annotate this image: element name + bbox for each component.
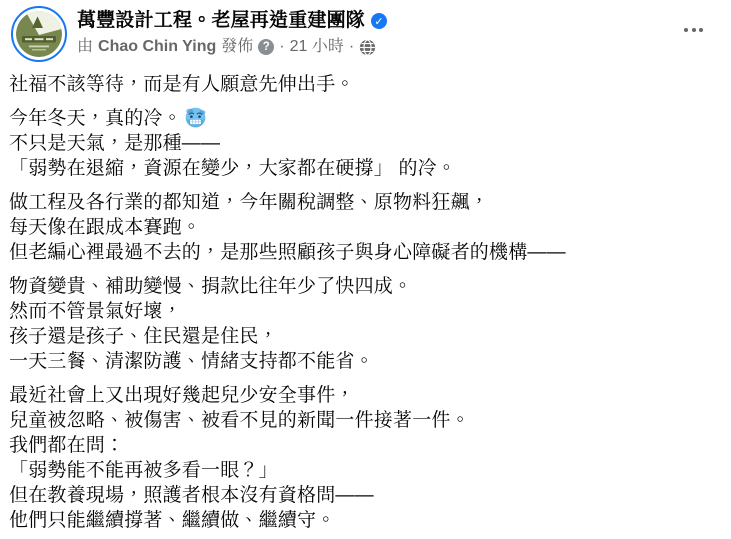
author-link[interactable]: Chao Chin Ying (98, 37, 216, 57)
verified-badge-icon: ✓ (371, 13, 387, 29)
post-paragraph: 最近社會上又出現好幾起兒少安全事件，兒童被忽略、被傷害、被看不見的新聞一件接著一… (9, 383, 721, 533)
dot (692, 28, 696, 32)
separator-dot: · (279, 37, 284, 57)
post-line: 兒童被忽略、被傷害、被看不見的新聞一件接著一件。 (9, 408, 721, 433)
more-options-button[interactable] (678, 20, 709, 40)
cold-face-emoji (185, 107, 206, 128)
post-line: 物資變貴、補助變慢、捐款比往年少了快四成。 (9, 274, 721, 299)
dot (684, 28, 688, 32)
post-line-text: 孩子還是孩子、住民還是住民， (9, 326, 278, 347)
post-line-text: 兒童被忽略、被傷害、被看不見的新聞一件接著一件。 (9, 410, 470, 431)
globe-privacy-icon (359, 39, 376, 56)
byline-prefix: 由 (77, 37, 93, 57)
post-line-text: 最近社會上又出現好幾起兒少安全事件， (9, 385, 355, 406)
post-line-text: 社福不該等待，而是有人願意先伸出手。 (9, 74, 355, 95)
post-line-text: 但在教養現場，照護者根本沒有資格問—— (9, 485, 374, 506)
timestamp-link[interactable]: 21 小時 (290, 37, 344, 57)
post-line: 做工程及各行業的都知道，今年關稅調整、原物料狂飆， (9, 190, 721, 215)
post-paragraph: 做工程及各行業的都知道，今年關稅調整、原物料狂飆，每天像在跟成本賽跑。但老編心裡… (9, 190, 721, 265)
post-line-text: 做工程及各行業的都知道，今年關稅調整、原物料狂飆， (9, 192, 489, 213)
page-logo-icon (16, 11, 62, 57)
facebook-post: 萬豐設計工程。老屋再造重建團隊 ✓ 由 Chao Chin Ying 發佈 ? … (0, 0, 731, 539)
help-glyph: ? (263, 37, 270, 57)
post-line: 孩子還是孩子、住民還是住民， (9, 324, 721, 349)
post-line-text: 今年冬天，真的冷。 (9, 108, 182, 129)
post-paragraph: 今年冬天，真的冷。不只是天氣，是那種——「弱勢在退縮，資源在變少，大家都在硬撐」… (9, 106, 721, 181)
byline: 由 Chao Chin Ying 發佈 ? · 21 小時 · (77, 37, 387, 57)
post-line: 我們都在問： (9, 433, 721, 458)
post-line: 一天三餐、清潔防護、情緒支持都不能省。 (9, 349, 721, 374)
post-line: 但老編心裡最過不去的，是那些照顧孩子與身心障礙者的機構—— (9, 240, 721, 265)
post-line: 他們只能繼續撐著、繼續做、繼續守。 (9, 508, 721, 533)
post-line-text: 他們只能繼續撐著、繼續做、繼續守。 (9, 510, 335, 531)
post-line: 「弱勢能不能再被多看一眼？」 (9, 458, 721, 483)
post-line-text: 一天三餐、清潔防護、情緒支持都不能省。 (9, 351, 374, 372)
page-name-link[interactable]: 萬豐設計工程。老屋再造重建團隊 (77, 9, 365, 33)
verified-check-glyph: ✓ (374, 15, 383, 28)
post-line: 最近社會上又出現好幾起兒少安全事件， (9, 383, 721, 408)
help-icon[interactable]: ? (258, 39, 274, 55)
post-line-text: 然而不管景氣好壞， (9, 301, 182, 322)
post-line: 不只是天氣，是那種—— (9, 131, 721, 156)
post-line-text: 不只是天氣，是那種—— (9, 133, 220, 154)
post-content: 社福不該等待，而是有人願意先伸出手。今年冬天，真的冷。不只是天氣，是那種——「弱… (0, 62, 731, 533)
byline-suffix: 發佈 (221, 37, 253, 57)
title-row: 萬豐設計工程。老屋再造重建團隊 ✓ (77, 9, 387, 33)
post-line-text: 「弱勢在退縮，資源在變少，大家都在硬撐」 的冷。 (9, 158, 456, 179)
post-line: 社福不該等待，而是有人願意先伸出手。 (9, 72, 721, 97)
post-line-text: 我們都在問： (9, 435, 124, 456)
page-avatar[interactable] (11, 6, 67, 62)
header-info: 萬豐設計工程。老屋再造重建團隊 ✓ 由 Chao Chin Ying 發佈 ? … (77, 6, 387, 57)
post-line: 今年冬天，真的冷。 (9, 106, 721, 131)
dot (699, 28, 703, 32)
post-line-text: 但老編心裡最過不去的，是那些照顧孩子與身心障礙者的機構—— (9, 242, 566, 263)
post-paragraph: 物資變貴、補助變慢、捐款比往年少了快四成。然而不管景氣好壞，孩子還是孩子、住民還… (9, 274, 721, 374)
post-paragraph: 社福不該等待，而是有人願意先伸出手。 (9, 72, 721, 97)
post-line-text: 每天像在跟成本賽跑。 (9, 217, 201, 238)
post-line: 然而不管景氣好壞， (9, 299, 721, 324)
post-line-text: 物資變貴、補助變慢、捐款比往年少了快四成。 (9, 276, 412, 297)
post-line: 每天像在跟成本賽跑。 (9, 215, 721, 240)
post-line: 「弱勢在退縮，資源在變少，大家都在硬撐」 的冷。 (9, 156, 721, 181)
post-header: 萬豐設計工程。老屋再造重建團隊 ✓ 由 Chao Chin Ying 發佈 ? … (0, 0, 731, 62)
post-line: 但在教養現場，照護者根本沒有資格問—— (9, 483, 721, 508)
separator-dot: · (349, 37, 354, 57)
post-line-text: 「弱勢能不能再被多看一眼？」 (9, 460, 278, 481)
